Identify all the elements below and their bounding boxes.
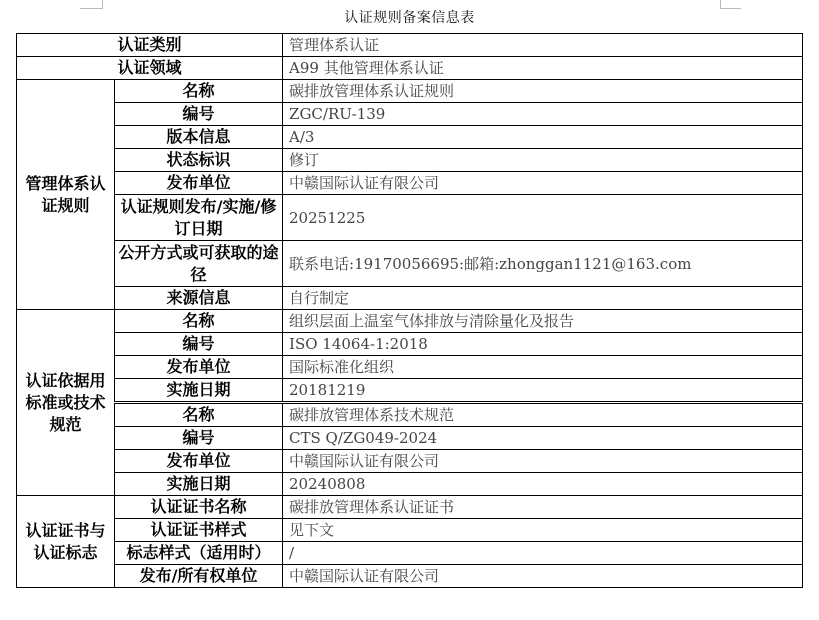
rule-access-value: 联系电话:19170056695:邮箱:zhonggan1121@163.com: [283, 241, 803, 287]
cert-name-value: 碳排放管理体系认证证书: [283, 496, 803, 519]
std2-publisher-label: 发布单位: [115, 450, 283, 473]
std1-code-value: ISO 14064-1:2018: [283, 333, 803, 356]
rule-name-label: 名称: [115, 80, 283, 103]
std2-code-label: 编号: [115, 427, 283, 450]
table-row: 版本信息 A/3: [17, 126, 803, 149]
std1-date-value: 20181219: [283, 379, 803, 403]
rules-group-label: 管理体系认证规则: [17, 80, 115, 310]
table-row: 发布单位 中赣国际认证有限公司: [17, 172, 803, 195]
table-row: 认证证书样式 见下文: [17, 519, 803, 542]
table-row: 认证证书与认证标志 认证证书名称 碳排放管理体系认证证书: [17, 496, 803, 519]
table-row: 来源信息 自行制定: [17, 287, 803, 310]
table-row: 编号 ZGC/RU-139: [17, 103, 803, 126]
std1-name-value: 组织层面上温室气体排放与清除量化及报告: [283, 310, 803, 333]
table-row: 实施日期 20240808: [17, 473, 803, 496]
table-row: 标志样式（适用时） /: [17, 542, 803, 565]
table-row: 认证规则发布/实施/修订日期 20251225: [17, 195, 803, 241]
rule-code-label: 编号: [115, 103, 283, 126]
table-row: 状态标识 修订: [17, 149, 803, 172]
rule-version-label: 版本信息: [115, 126, 283, 149]
table-row-category: 认证类别 管理体系认证: [17, 34, 803, 57]
rule-status-value: 修订: [283, 149, 803, 172]
rule-code-value: ZGC/RU-139: [283, 103, 803, 126]
category-value: 管理体系认证: [283, 34, 803, 57]
std2-date-value: 20240808: [283, 473, 803, 496]
std1-name-label: 名称: [115, 310, 283, 333]
std2-code-value: CTS Q/ZG049-2024: [283, 427, 803, 450]
rule-access-label: 公开方式或可获取的途径: [115, 241, 283, 287]
rule-publisher-label: 发布单位: [115, 172, 283, 195]
table-row-field: 认证领域 A99 其他管理体系认证: [17, 57, 803, 80]
mark-style-label: 标志样式（适用时）: [115, 542, 283, 565]
std2-date-label: 实施日期: [115, 473, 283, 496]
std1-publisher-label: 发布单位: [115, 356, 283, 379]
table-row: 认证依据用标准或技术规范 名称 组织层面上温室气体排放与清除量化及报告: [17, 310, 803, 333]
rule-name-value: 碳排放管理体系认证规则: [283, 80, 803, 103]
document-title: 认证规则备案信息表: [0, 7, 819, 27]
rule-source-value: 自行制定: [283, 287, 803, 310]
table-row: 实施日期 20181219: [17, 379, 803, 403]
standards-group-label: 认证依据用标准或技术规范: [17, 310, 115, 496]
field-label: 认证领域: [17, 57, 283, 80]
filing-info-table: 认证类别 管理体系认证 认证领域 A99 其他管理体系认证 管理体系认证规则 名…: [16, 33, 803, 588]
cert-style-value: 见下文: [283, 519, 803, 542]
std2-name-value: 碳排放管理体系技术规范: [283, 403, 803, 427]
rule-publisher-value: 中赣国际认证有限公司: [283, 172, 803, 195]
table-row: 公开方式或可获取的途径 联系电话:19170056695:邮箱:zhonggan…: [17, 241, 803, 287]
field-value: A99 其他管理体系认证: [283, 57, 803, 80]
rule-date-label: 认证规则发布/实施/修订日期: [115, 195, 283, 241]
table-row: 发布单位 中赣国际认证有限公司: [17, 450, 803, 473]
table-row: 编号 ISO 14064-1:2018: [17, 333, 803, 356]
std2-name-label: 名称: [115, 403, 283, 427]
rule-date-value: 20251225: [283, 195, 803, 241]
std2-publisher-value: 中赣国际认证有限公司: [283, 450, 803, 473]
table-row: 名称 碳排放管理体系技术规范: [17, 403, 803, 427]
std1-date-label: 实施日期: [115, 379, 283, 403]
standards-group-label-text: 认证依据用标准或技术规范: [26, 370, 106, 436]
rules-group-label-text: 管理体系认证规则: [26, 173, 106, 217]
rule-source-label: 来源信息: [115, 287, 283, 310]
rule-version-value: A/3: [283, 126, 803, 149]
table-row: 发布/所有权单位 中赣国际认证有限公司: [17, 565, 803, 588]
mark-style-value: /: [283, 542, 803, 565]
cert-style-label: 认证证书样式: [115, 519, 283, 542]
cert-owner-label: 发布/所有权单位: [115, 565, 283, 588]
certificate-group-label-text: 认证证书与认证标志: [26, 520, 106, 564]
cert-name-label: 认证证书名称: [115, 496, 283, 519]
std1-code-label: 编号: [115, 333, 283, 356]
table-row: 管理体系认证规则 名称 碳排放管理体系认证规则: [17, 80, 803, 103]
cert-owner-value: 中赣国际认证有限公司: [283, 565, 803, 588]
certificate-group-label: 认证证书与认证标志: [17, 496, 115, 588]
table-row: 编号 CTS Q/ZG049-2024: [17, 427, 803, 450]
rule-status-label: 状态标识: [115, 149, 283, 172]
std1-publisher-value: 国际标准化组织: [283, 356, 803, 379]
table-row: 发布单位 国际标准化组织: [17, 356, 803, 379]
category-label: 认证类别: [17, 34, 283, 57]
